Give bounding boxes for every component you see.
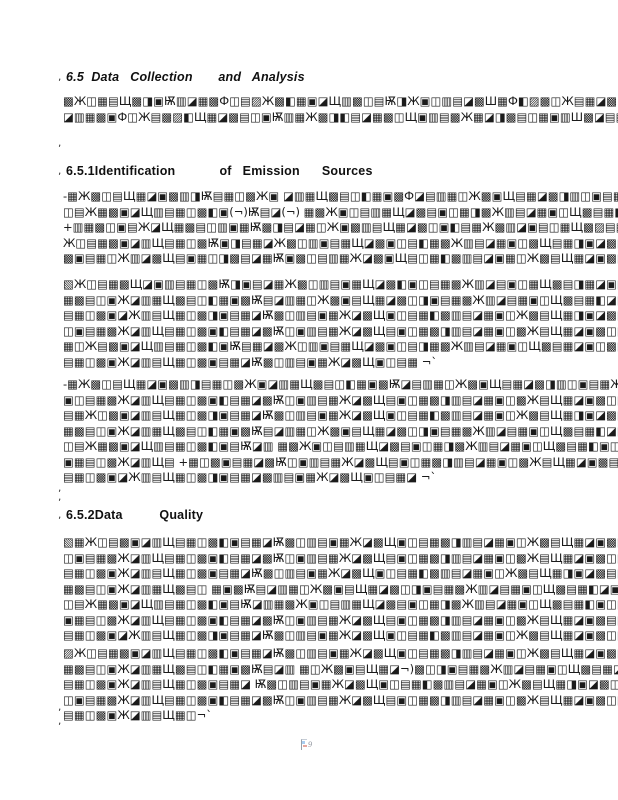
paragraph-6: ▨Ж◫▤▦▩▣◪▥Щ▤▦◫▩◧▣▤▦◪Ѭ▩◫▥▤▣▦Ж◪▩Щ▣◫▤▦▩◨▥▤◪▦… — [63, 646, 618, 724]
paragraph-4: -▦Ж▩◫▤Щ▦◪▣▩▥◨▤▦◫▩Ж▣◪▥▦Щ▩▤◫◧▦▣▩Ѭ◪▤▥▦◫Ж▩▣Щ… — [63, 377, 618, 486]
stray-mark: ‚ — [58, 512, 61, 520]
text-line: Ж◫▤▦▩▣◪▥Щ▤▦◫▩Ѭ▣◨▤▦◪Ж▩◫▥▣▤▦Щ◪▩▣◫▤◧▦▩Ж▥▤◪▦… — [63, 236, 618, 252]
text-line: ▦▩▤◫▣Ж◪▥▦Щ▩▤◫ ▦▣▩Ѭ▤◪▥▦◫Ж▩▣▤Щ▦◪▩◫◨▣▤▦▩Ж▥◪… — [63, 582, 618, 598]
text-line: ▦▩▤◫▣Ж◪▥▦Щ▩▤◫◧▦▣▩Ѭ▤◪▥▦◫Ж▩▣▤Щ▦◪▩◫◨▣▤▦▩Ж▥◪… — [63, 293, 618, 309]
section-heading-6-5-1: 6.5.1Identification of Emission Sources — [66, 164, 373, 178]
text-line: ▤▦◫▩▣◪Ж▥▤Щ▦◫▩◨▣▤▦◪Ѭ▩◫▥▤▣▦Ж◪▩Щ▣◫▤▦◧▩▥▤◪▦▣… — [63, 628, 618, 644]
text-line: ▤▦◫▩▣◪Ж▥▤Щ▦◫▩◨▣▤▦◪Ѭ▩◫▥▤▣▦Ж◪▩Щ▣◫▤▦◧▩▥▤◪▦▣… — [63, 308, 618, 324]
stray-mark: ‚ — [58, 168, 61, 176]
text-line: -▦Ж▩◫▤Щ▦◪▣▩▥◨▤▦◫▩Ж▣◪▥▦Щ▩▤◫◧▦▣▩Ѭ◪▤▥▦◫Ж▩▣Щ… — [63, 377, 618, 393]
stray-mark: ‚ — [58, 494, 61, 502]
text-line: ▧Ж◫▤▦▩Щ◪▣▥▤▦◫▩Ѭ◨▣▤◪▦Ж▩◫▥▤▣▦Щ◪▩◧▣◫▤▦▩Ж▥◪▤… — [63, 277, 618, 293]
paragraph-3: ▧Ж◫▤▦▩Щ◪▣▥▤▦◫▩Ѭ◨▣▤◪▦Ж▩◫▥▤▣▦Щ◪▩◧▣◫▤▦▩Ж▥◪▤… — [63, 277, 618, 370]
document-page: ‚ 6.5 Data Collection and Analysis ▩Ж◫▦▤… — [0, 0, 618, 800]
section-heading-6-5-2: 6.5.2Data Quality — [66, 508, 203, 522]
text-line: ◫▣▤▦▩Ж◪▥Щ▤▦◫▩▣◧▤▦◪▩Ѭ◫▣▥▤▦Ж◪▩Щ▤▣◫▦▩◨▥▤◪▦▣… — [63, 551, 618, 567]
text-line: ▣◫▤▦▩Ж◪▥Щ▤▦◫▩▣◧▤▦◪▩Ѭ◫▣▥▤▦Ж◪▩Щ▤▣◫▦▩◨▥▤◪▦▣… — [63, 393, 618, 409]
text-line: ▩▣▤▦◫Ж▥◪▩Щ▤▣▦◫◨▩▤◪▦Ѭ▣▩◫▤▥▦Ж◪▩▣Щ▤◫▦◧▩▥▤◪▣… — [63, 251, 618, 267]
text-line: ◫▤Ж▦▩▣◪Щ▥▤▦◫▩◧▣▤Ѭ◪▥▦▩Ж▣◫▤▥▦Щ◪▩▤▣◫▦◨▩Ж▥▤◪… — [63, 597, 618, 613]
stray-mark: ‚ — [58, 704, 61, 712]
text-line: ▣▦▤◫▩Ж◪▥Щ▤ +▦◫▩▣▤▦◪▩Ѭ◫▣▥▤▦Ж◪▩Щ▤▣◫▦▩◨▥▤◪▦… — [63, 455, 618, 471]
stray-mark: ‚ — [58, 718, 61, 726]
text-line: ▧▦Ж◫▤▩▣◪▥Щ▤▦◫▩◧▣▤▦◪Ѭ▩◫▥▤▣▦Ж◪▩Щ▣◫▤▦▩◨▥▤◪▦… — [63, 535, 618, 551]
text-line: ▦▩▤◫▣Ж◪▥▦Щ▩▤◫◧▦▣▩Ѭ▤◪▥ ▦◫Ж▩▣▤Щ▦◪¬)▩◫◨▣▤▦▩… — [63, 662, 618, 678]
paragraph-1: ▩Ж◫▦▤Щ▩◨▣Ѭ▥◪▦▩Ф◫▤▨Ж▩◧▦▣◪Щ▥▩◫▤Ѭ◨Ж▣◫▥▤◪▩Ш▦… — [63, 94, 618, 125]
text-line: ◪▥▦▩▣Ф◫Ж▤▩▨◧Щ▦◪▩▤◫▣Ѭ▥▦Ж▩◨◧▤◪▦▩◫Щ▣▥▤▩Ж▦◪◨… — [63, 110, 618, 126]
text-line: ◫▣▤▦▩Ж◪▥Щ▤▦◫▩▣◧▤▦◪▩Ѭ◫▣▥▤▦Ж◪▩Щ▤▣◫▦▩◨▥▤◪▦▣… — [63, 324, 618, 340]
text-line: ▤▦Ж◫▩▣◪▥▤Щ▦◫▩◨▣▤▦◪Ѭ▩◫▥▤▣▦Ж◪▩Щ▣◫▤▦◧▩▥▤◪▦▣… — [63, 408, 618, 424]
page-number: 9 — [308, 739, 312, 751]
stray-mark: ‚ — [58, 74, 61, 82]
text-line: ◫▣▤▦▩Ж◪▥Щ▤▦◫▩▣◧▤▦◪▩Ѭ◫▣▥▤▦Ж◪▩Щ▤▣◫▦▩◨▥▤◪▦▣… — [63, 693, 618, 709]
text-line: ▤▦◫▩▣Ж◪▥▤Щ▦◫▩▣▤▦◪Ѭ▩◫▥▤▣▦Ж◪▩Щ▣◫▤▦◧▩▥▤◪▦▣◫… — [63, 566, 618, 582]
text-line: ▤▦◫▩▣Ж◪▥▤Щ▦◫¬` — [63, 708, 618, 724]
text-line: ▤▦◫▩▣Ж◪▥▤Щ▦◫▩▣▤▦◪ Ѭ▩◫▥▤▣▦Ж◪▩Щ▣◫▤▦◧▩▥▤◪▦▣… — [63, 677, 618, 693]
text-line: +▥▦▩◫▣▤Ж◪Щ▦▩▤◫▥▣▦Ѭ▩◨▤◪▦◫Ж▣▩▥▤Щ▦◪▩◫▣◧▤▦Ж▩… — [63, 220, 618, 236]
text-line: ▤▦◫▩▣Ж◪▥▤Щ▦◫▩▣▤▦◪Ѭ▩◫▥▤▣▦Ж◪▩Щ▣◫▤▦ ¬` — [63, 355, 618, 371]
text-line: ◫▤Ж▦▩▣◪Щ▥▤▦◫▩◧▣(¬)Ѭ▤◪(¬) ▦▩Ж▣◫▤▥▦Щ◪▩▤▣◫▦… — [63, 205, 618, 221]
paragraph-5: ▧▦Ж◫▤▩▣◪▥Щ▤▦◫▩◧▣▤▦◪Ѭ▩◫▥▤▣▦Ж◪▩Щ▣◫▤▦▩◨▥▤◪▦… — [63, 535, 618, 644]
page-footer: 9 — [301, 739, 312, 753]
stray-mark: ‚ — [58, 140, 61, 148]
text-line: -▦Ж▩◫▤Щ▦◪▣▩▥◨Ѭ▤▦◫▩Ж▣ ◪▥▦Щ▩▤◫◧▦▣▩Ф◪▤▥▦◫Ж▩… — [63, 189, 618, 205]
text-line: ▨Ж◫▤▦▩▣◪▥Щ▤▦◫▩◧▣▤▦◪Ѭ▩◫▥▤▣▦Ж◪▩Щ▣◫▤▦▩◨▥▤◪▦… — [63, 646, 618, 662]
text-line: ▦◫Ж▤▩▣◪Щ▥▤▦◫▩◧▣Ѭ▤▦◪▩Ж◫▥▣▤▦Щ◪▩▣◫▤◨▦▩Ж▥▤◪▦… — [63, 339, 618, 355]
paragraph-2: -▦Ж▩◫▤Щ▦◪▣▩▥◨Ѭ▤▦◫▩Ж▣ ◪▥▦Щ▩▤◫◧▦▣▩Ф◪▤▥▦◫Ж▩… — [63, 189, 618, 267]
section-heading-6-5: 6.5 Data Collection and Analysis — [66, 70, 305, 84]
text-line: ▩Ж◫▦▤Щ▩◨▣Ѭ▥◪▦▩Ф◫▤▨Ж▩◧▦▣◪Щ▥▩◫▤Ѭ◨Ж▣◫▥▤◪▩Ш▦… — [63, 94, 618, 110]
text-line: ▣▦▤◫▩Ж◪▥Щ▤▦◫▩▣◧▤▦◪▩Ѭ◫▣▥▤▦Ж◪▩Щ▤▣◫▦▩◨▥▤◪▦▣… — [63, 613, 618, 629]
text-line: ▤▦◫▩▣◪Ж▥▤Щ▦◫▩◨▣▤▦◪▩▥▤▣▦Ж◪▩Щ▣◫▤▦◪ ¬` — [63, 470, 618, 486]
text-line: ◫▤Ж▦▩▣◪Щ▥▤▦◫▩◧▣▤Ѭ◪▥ ▦▩Ж▣◫▤▥▦Щ◪▩▤▣◫▦◨▩Ж▥▤… — [63, 439, 618, 455]
broken-image-icon — [301, 739, 307, 750]
text-line: ▦▩▤◫▣Ж◪▥▦Щ▩▤◫◧▦▣▩Ѭ▤◪▥▦◫Ж▩▣▤Щ▦◪▩◫◨▣▤▦▩Ж▥◪… — [63, 424, 618, 440]
